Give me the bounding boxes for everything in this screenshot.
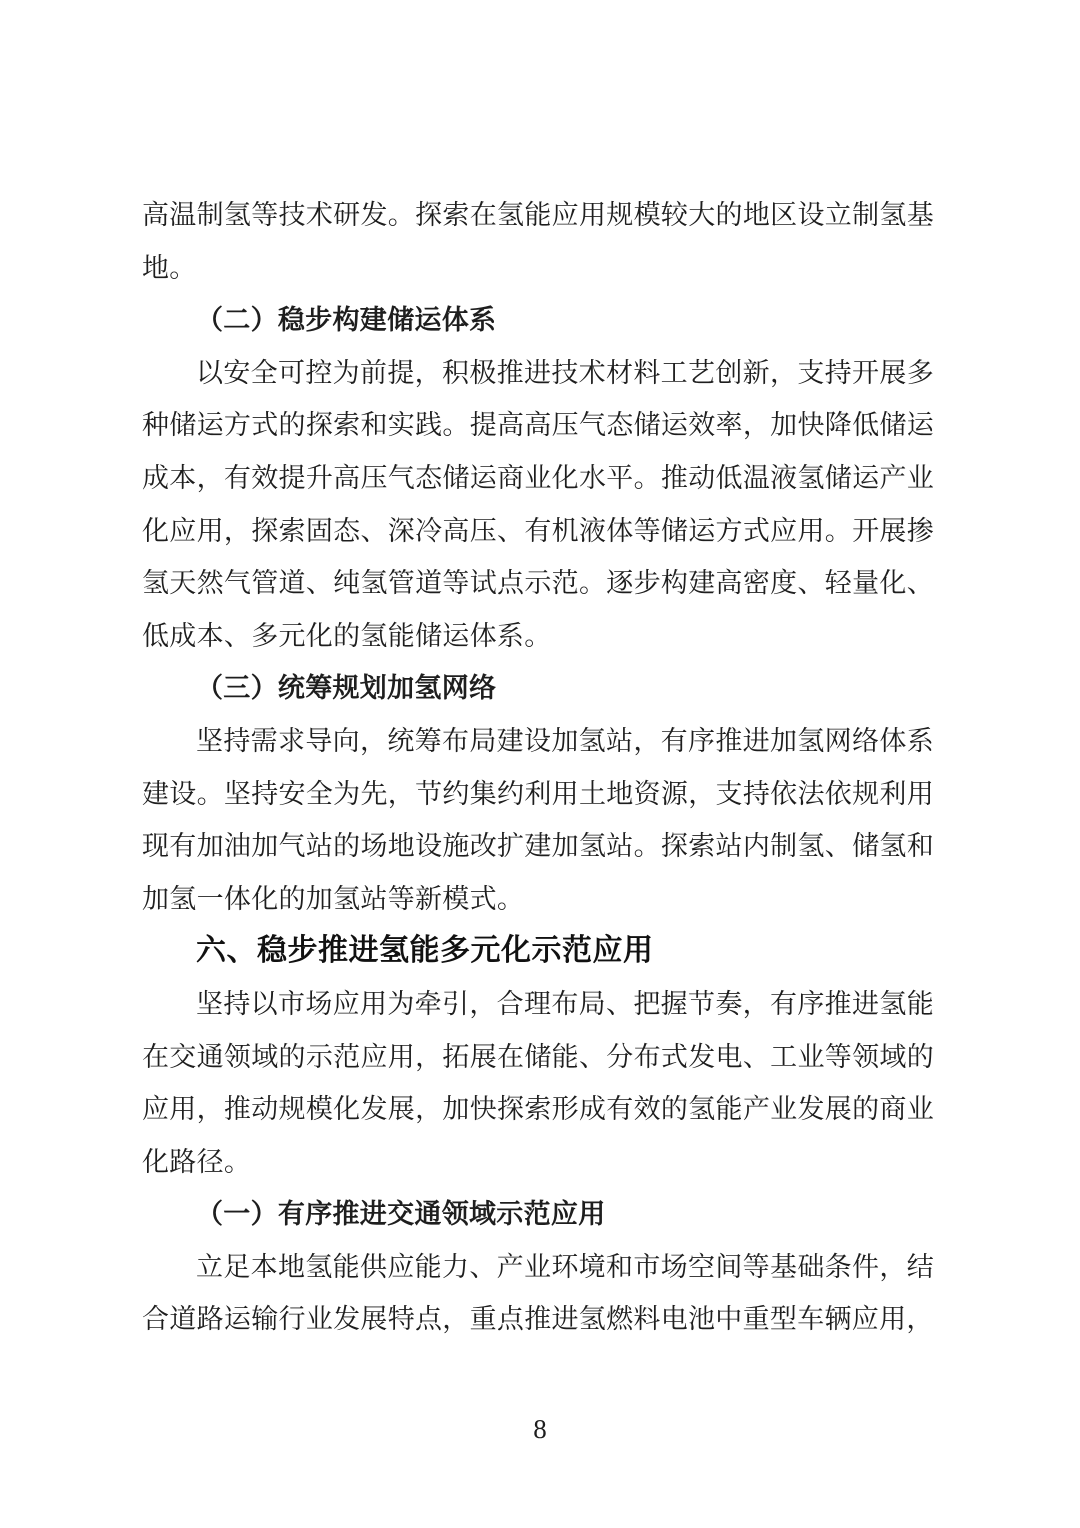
subsection-heading-1: （一）有序推进交通领域示范应用 [142, 1188, 934, 1241]
document-page: 高温制氢等技术研发。探索在氢能应用规模较大的地区设立制氢基地。 （二）稳步构建储… [0, 0, 1080, 1528]
paragraph-demonstration-applications: 坚持以市场应用为牵引，合理布局、把握节奏，有序推进氢能在交通领域的示范应用，拓展… [142, 978, 934, 1188]
paragraph-continuation: 高温制氢等技术研发。探索在氢能应用规模较大的地区设立制氢基地。 [142, 189, 934, 294]
document-body: 高温制氢等技术研发。探索在氢能应用规模较大的地区设立制氢基地。 （二）稳步构建储… [142, 189, 934, 1346]
paragraph-transport-applications: 立足本地氢能供应能力、产业环境和市场空间等基础条件，结合道路运输行业发展特点，重… [142, 1241, 934, 1346]
section-heading-6: 六、稳步推进氢能多元化示范应用 [142, 925, 934, 978]
paragraph-refueling-network: 坚持需求导向，统筹布局建设加氢站，有序推进加氢网络体系建设。坚持安全为先，节约集… [142, 715, 934, 925]
page-number: 8 [0, 1412, 1080, 1446]
subsection-heading-2: （二）稳步构建储运体系 [142, 294, 934, 347]
subsection-heading-3: （三）统筹规划加氢网络 [142, 662, 934, 715]
paragraph-storage-transport: 以安全可控为前提，积极推进技术材料工艺创新，支持开展多种储运方式的探索和实践。提… [142, 347, 934, 663]
